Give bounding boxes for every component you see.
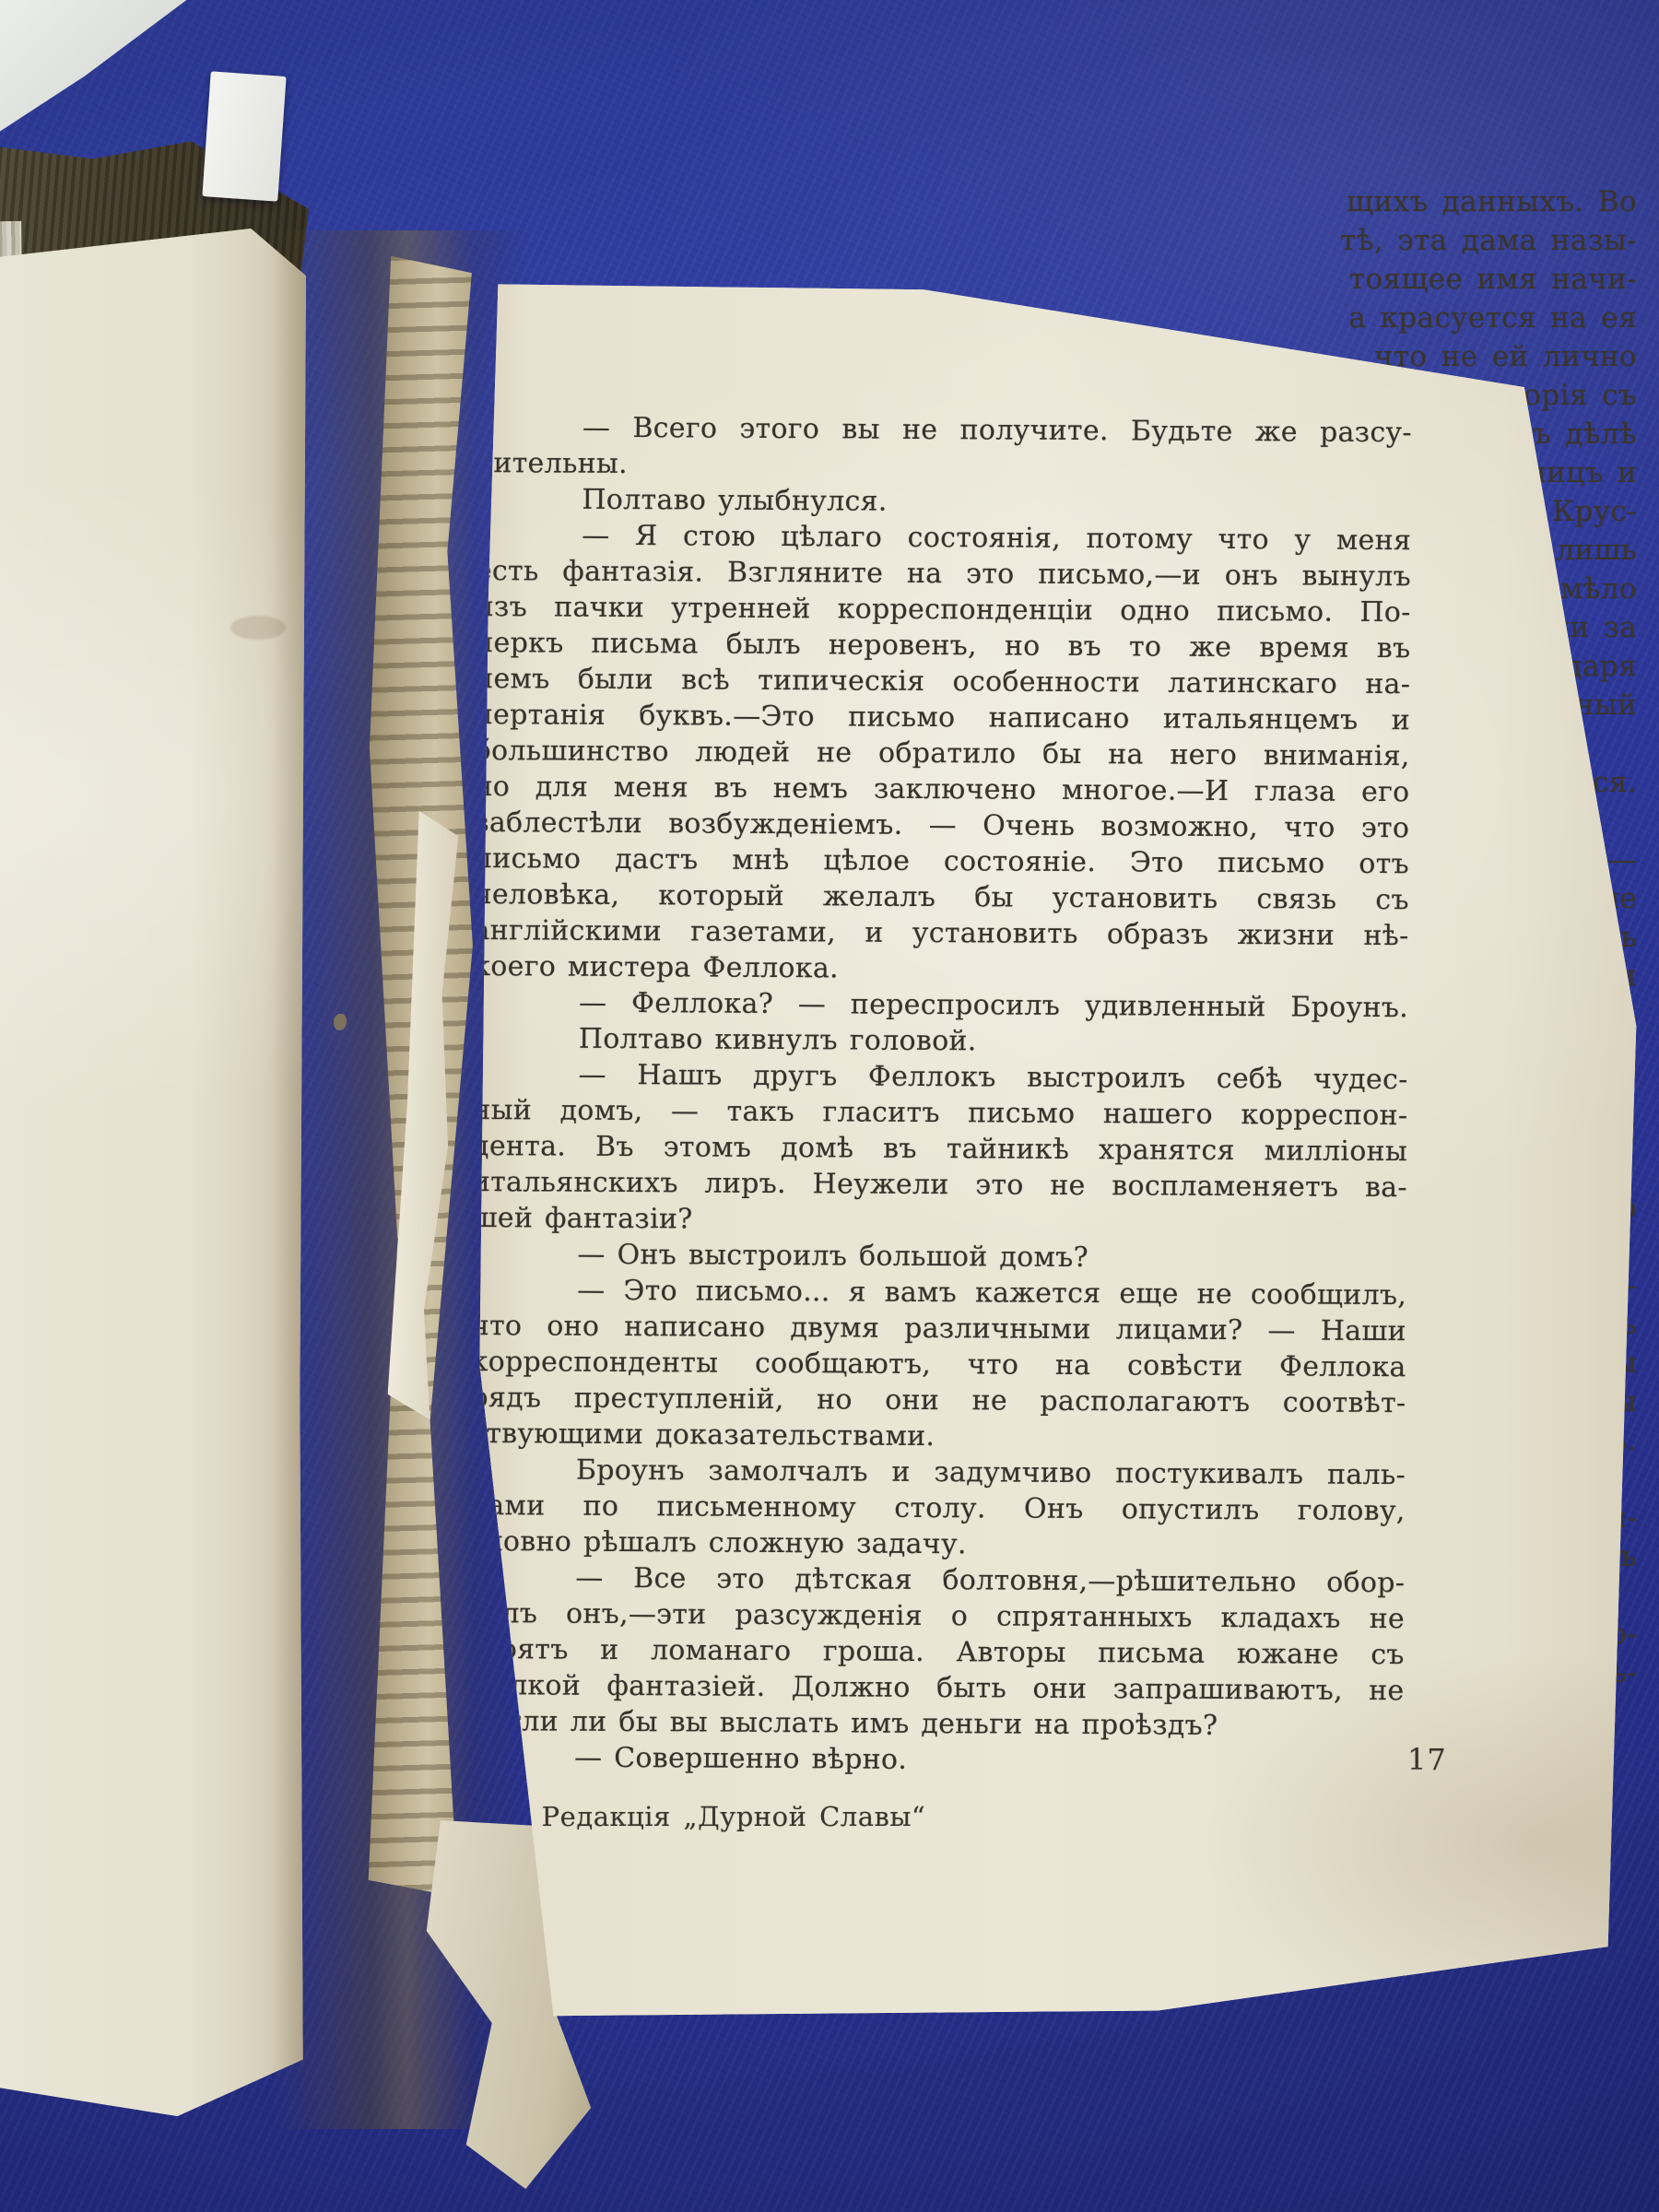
text-line: — Это письмо... я вамъ кажется еще не со… <box>471 1272 1406 1313</box>
text-line: Полтаво улыбнулся. <box>476 481 1411 523</box>
text-line: коего мистера Феллока. <box>473 948 1408 990</box>
text-line: корреспонденты сообщаютъ, что на совѣсти… <box>471 1344 1406 1385</box>
text-line: человѣка, который желалъ бы установить с… <box>474 877 1409 918</box>
book-photo: щихъ данныхъ. Вотѣ, эта дама назы-тоящее… <box>0 0 1659 2212</box>
text-line: рядъ преступленій, но они не располагают… <box>470 1380 1406 1421</box>
text-line: — Онъ выстроилъ большой домъ? <box>471 1236 1406 1277</box>
right-page-text: — Всего этого вы не получите. Будьте же … <box>468 409 1412 1781</box>
text-line: — Нашъ другъ Феллокъ выстроилъ себѣ чуде… <box>472 1056 1407 1098</box>
text-line: ный домъ, — такъ гласитъ письмо нашего к… <box>472 1092 1407 1134</box>
text-line: черкъ письма былъ неровенъ, но въ то же … <box>475 625 1410 666</box>
text-line: но для меня въ немъ заключено многое.—И … <box>474 769 1409 810</box>
text-line: немъ были всѣ типическія особенности лат… <box>475 661 1410 702</box>
text-line: изъ пачки утренней корреспонденціи одно … <box>476 589 1411 630</box>
text-line: — Всего этого вы не получите. Будьте же … <box>477 409 1412 451</box>
right-page: — Всего этого вы не получите. Будьте же … <box>419 247 1650 2021</box>
text-line: — Все это дѣтская болтовня,—рѣшительно о… <box>469 1559 1405 1601</box>
text-line: заблестѣли возбужденіемъ. — Очень возмож… <box>474 805 1409 846</box>
text-line: большинство людей не обратило бы на него… <box>475 733 1410 774</box>
text-line: англійскими газетами, и установить образ… <box>473 912 1408 954</box>
text-line: дительны. <box>477 445 1412 487</box>
text-line: — Совершенно вѣрно. <box>468 1739 1404 1781</box>
text-line: цами по письменному столу. Онъ опустилъ … <box>470 1488 1406 1529</box>
text-line: валъ онъ,—эти разсужденія о спрятанныхъ … <box>469 1595 1405 1637</box>
text-line: дента. Въ этомъ домѣ въ тайникѣ хранятся… <box>472 1128 1407 1170</box>
text-line: шей фантазіи? <box>472 1200 1407 1241</box>
text-line: что оно написано двумя различными лицами… <box>471 1308 1406 1349</box>
text-line: ствующими доказательствами. <box>470 1416 1406 1457</box>
text-line: пылкой фантазіей. Должно быть они запраш… <box>468 1667 1404 1709</box>
text-line: словно рѣшалъ сложную задачу. <box>469 1524 1405 1565</box>
text-line: есть фантазія. Взгляните на это письмо,—… <box>476 553 1411 594</box>
text-line: стоятъ и ломанаго гроша. Авторы письма ю… <box>469 1631 1405 1673</box>
text-line: Броунъ замолчалъ и задумчиво постукивалъ… <box>470 1452 1406 1493</box>
text-line: — Феллока? — переспросилъ удивленный Бро… <box>473 984 1408 1026</box>
text-line: письмо дастъ мнѣ цѣлое состояніе. Это пи… <box>474 841 1409 882</box>
table-corner-object <box>0 0 212 138</box>
text-line: могли ли бы вы выслать имъ деньги на про… <box>468 1703 1404 1745</box>
text-line: Полтаво кивнулъ головой. <box>473 1020 1408 1062</box>
text-line: итальянскихъ лиръ. Неужели это не воспла… <box>472 1164 1407 1206</box>
text-line: щихъ данныхъ. Во <box>0 182 1637 221</box>
footer-signature: 2 Редакція „Дурной Славы“ <box>512 1801 925 1832</box>
text-line: чертанія буквъ.—Это письмо написано итал… <box>475 697 1410 738</box>
page-number: 17 <box>1407 1742 1447 1777</box>
text-line: — Я стою цѣлаго состоянія, потому что у … <box>476 517 1411 559</box>
text-line: тѣ, эта дама назы- <box>0 221 1637 260</box>
